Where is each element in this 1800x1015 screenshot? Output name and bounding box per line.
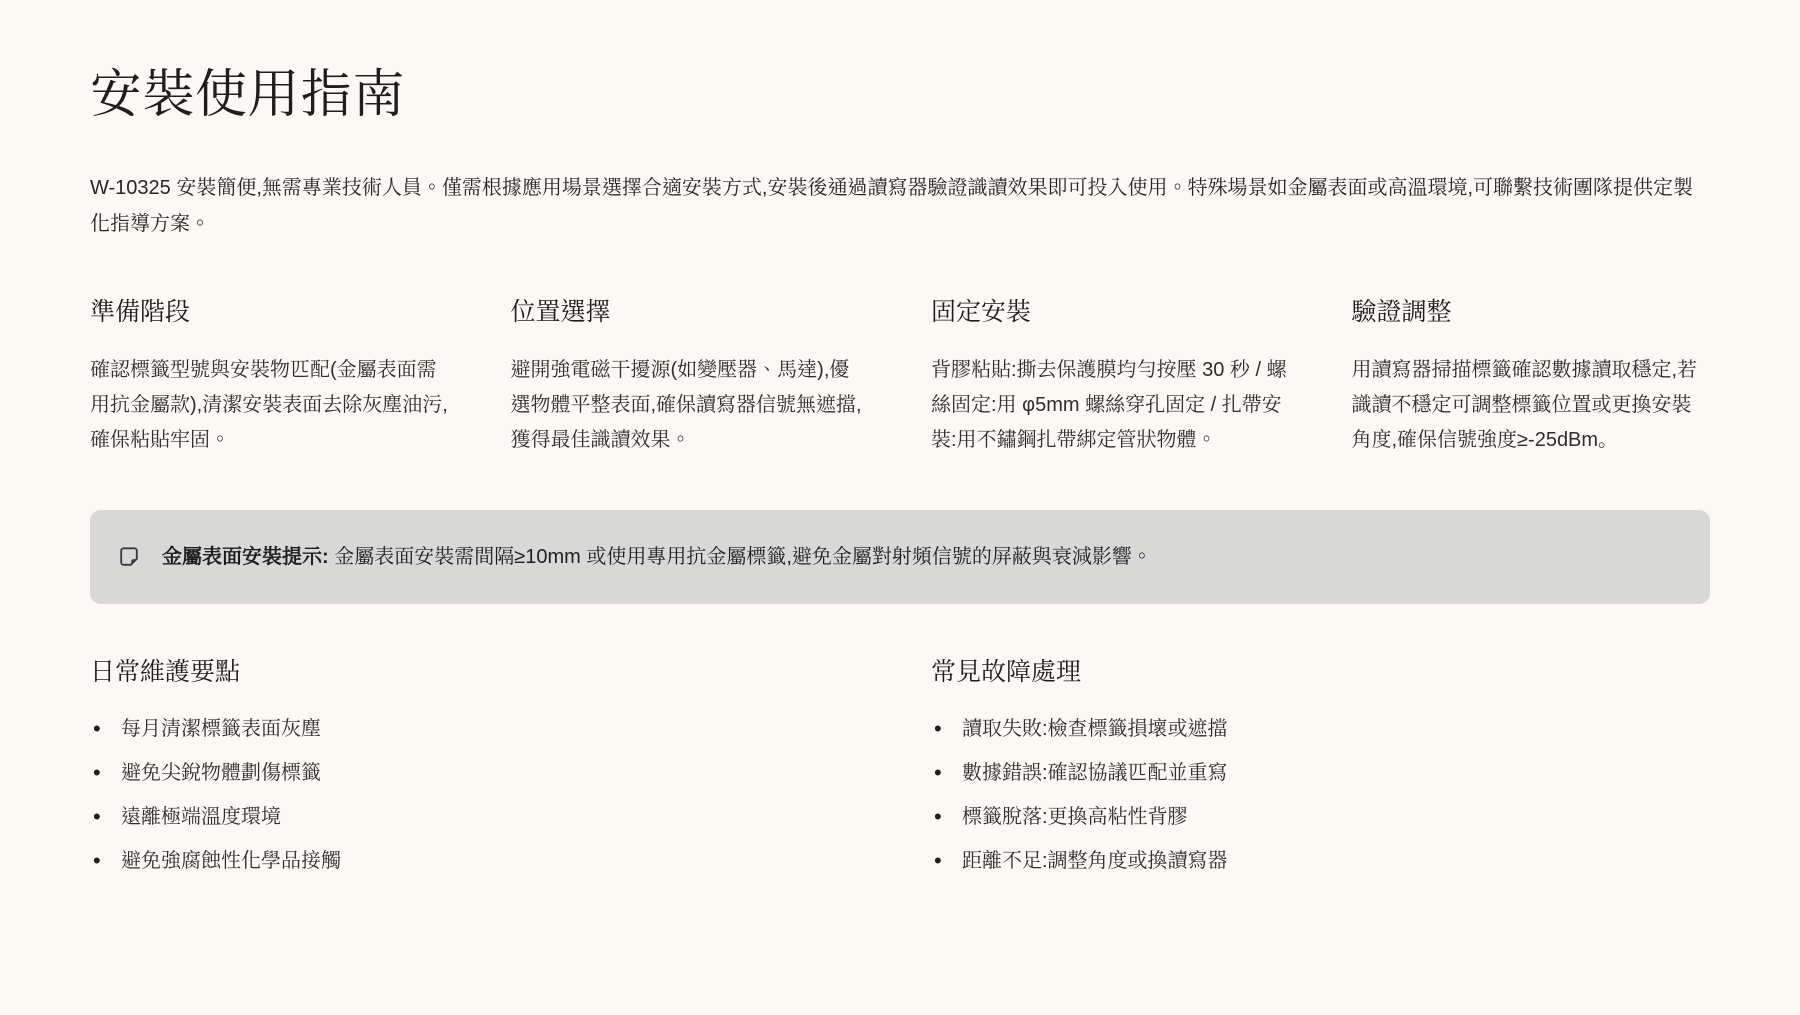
intro-paragraph: W-10325 安裝簡便,無需專業技術人員。僅需根據應用場景選擇合適安裝方式,安…: [90, 170, 1710, 242]
page-title: 安裝使用指南: [90, 64, 1710, 126]
bottom-sections-grid: 日常維護要點 每月清潔標籤表面灰塵 避免尖銳物體劃傷標籤 遠離極端溫度環境 避免…: [90, 656, 1710, 893]
step-body: 用讀寫器掃描標籤確認數據讀取穩定,若識讀不穩定可調整標籤位置或更換安裝角度,確保…: [1352, 353, 1711, 458]
step-body: 確認標籤型號與安裝物匹配(金屬表面需用抗金屬款),清潔安裝表面去除灰塵油污,確保…: [90, 353, 449, 458]
step-card-mounting: 固定安裝 背膠粘貼:撕去保護膜均勻按壓 30 秒 / 螺絲固定:用 φ5mm 螺…: [931, 296, 1290, 458]
metal-surface-tip-box: 金屬表面安裝提示: 金屬表面安裝需間隔≥10mm 或使用專用抗金屬標籤,避免金屬…: [90, 510, 1710, 604]
list-item: 避免尖銳物體劃傷標籤: [90, 760, 869, 786]
sticky-note-icon: [118, 546, 140, 568]
list-item: 讀取失敗:檢查標籤損壞或遮擋: [931, 716, 1710, 742]
tip-label: 金屬表面安裝提示:: [162, 546, 329, 568]
step-card-preparation: 準備階段 確認標籤型號與安裝物匹配(金屬表面需用抗金屬款),清潔安裝表面去除灰塵…: [90, 296, 449, 458]
step-card-positioning: 位置選擇 避開強電磁干擾源(如變壓器、馬達),優選物體平整表面,確保讀寫器信號無…: [511, 296, 870, 458]
maintenance-list: 每月清潔標籤表面灰塵 避免尖銳物體劃傷標籤 遠離極端溫度環境 避免強腐蝕性化學品…: [90, 716, 869, 874]
troubleshooting-section: 常見故障處理 讀取失敗:檢查標籤損壞或遮擋 數據錯誤:確認協議匹配並重寫 標籤脫…: [931, 656, 1710, 893]
troubleshooting-list: 讀取失敗:檢查標籤損壞或遮擋 數據錯誤:確認協議匹配並重寫 標籤脫落:更換高粘性…: [931, 716, 1710, 874]
list-item: 數據錯誤:確認協議匹配並重寫: [931, 760, 1710, 786]
step-heading: 驗證調整: [1352, 296, 1711, 329]
step-heading: 準備階段: [90, 296, 449, 329]
installation-steps-grid: 準備階段 確認標籤型號與安裝物匹配(金屬表面需用抗金屬款),清潔安裝表面去除灰塵…: [90, 296, 1710, 458]
list-item: 避免強腐蝕性化學品接觸: [90, 848, 869, 874]
maintenance-section: 日常維護要點 每月清潔標籤表面灰塵 避免尖銳物體劃傷標籤 遠離極端溫度環境 避免…: [90, 656, 869, 893]
step-heading: 固定安裝: [931, 296, 1290, 329]
list-item: 標籤脫落:更換高粘性背膠: [931, 804, 1710, 830]
step-body: 背膠粘貼:撕去保護膜均勻按壓 30 秒 / 螺絲固定:用 φ5mm 螺絲穿孔固定…: [931, 353, 1290, 458]
troubleshooting-heading: 常見故障處理: [931, 656, 1710, 689]
installation-guide-page: 安裝使用指南 W-10325 安裝簡便,無需專業技術人員。僅需根據應用場景選擇合…: [0, 0, 1800, 1015]
maintenance-heading: 日常維護要點: [90, 656, 869, 689]
list-item: 距離不足:調整角度或換讀寫器: [931, 848, 1710, 874]
step-body: 避開強電磁干擾源(如變壓器、馬達),優選物體平整表面,確保讀寫器信號無遮擋,獲得…: [511, 353, 870, 458]
list-item: 每月清潔標籤表面灰塵: [90, 716, 869, 742]
tip-text-line: 金屬表面安裝提示: 金屬表面安裝需間隔≥10mm 或使用專用抗金屬標籤,避免金屬…: [162, 543, 1152, 571]
tip-body: 金屬表面安裝需間隔≥10mm 或使用專用抗金屬標籤,避免金屬對射頻信號的屏蔽與衰…: [334, 546, 1152, 568]
step-card-verification: 驗證調整 用讀寫器掃描標籤確認數據讀取穩定,若識讀不穩定可調整標籤位置或更換安裝…: [1352, 296, 1711, 458]
step-heading: 位置選擇: [511, 296, 870, 329]
list-item: 遠離極端溫度環境: [90, 804, 869, 830]
